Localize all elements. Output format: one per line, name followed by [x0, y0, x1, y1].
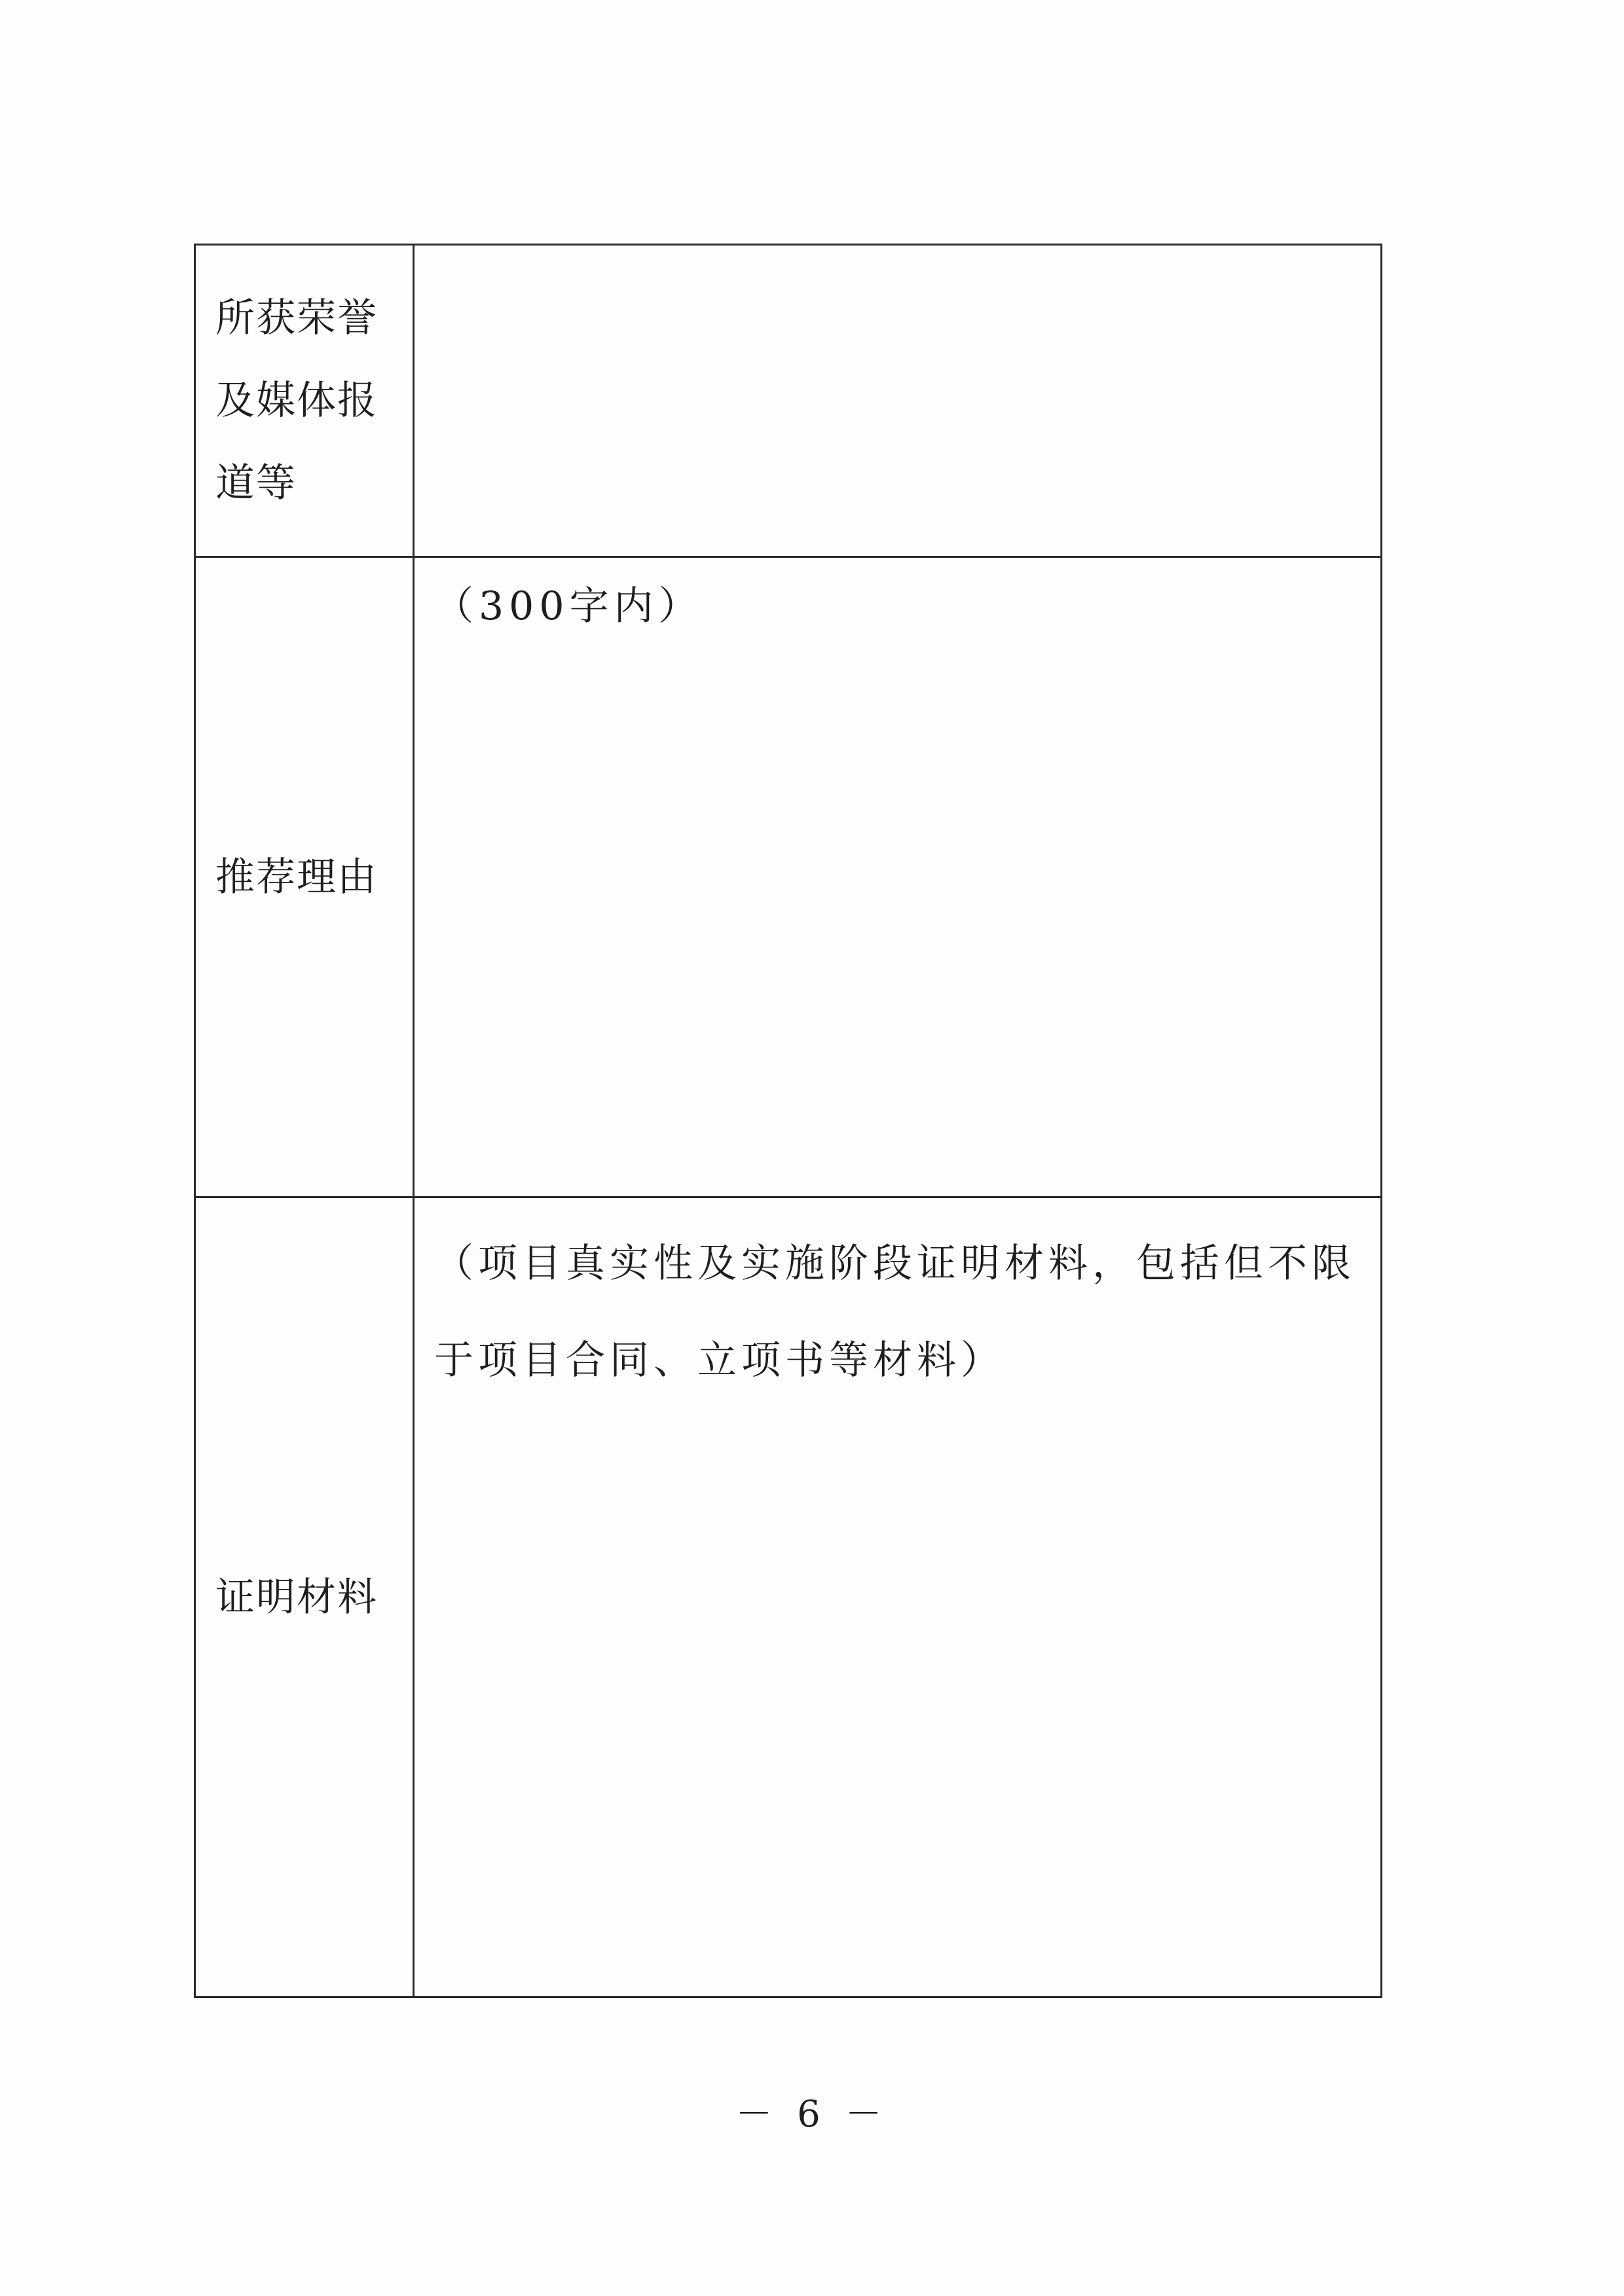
label-proof-materials: 证明材料: [195, 1197, 414, 1997]
label-honors-media: 所获荣誉 及媒体报 道等: [195, 245, 414, 557]
label-proof-materials-text: 证明材料: [215, 1575, 378, 1620]
nomination-form-table: 所获荣誉 及媒体报 道等 推荐理由 （300字内） 证明材料 （项目真实性及实施…: [194, 244, 1382, 1998]
row-proof-materials: 证明材料 （项目真实性及实施阶段证明材料，包括但不限于项目合同、立项书等材料）: [195, 1197, 1382, 1997]
row-recommendation-reason: 推荐理由 （300字内）: [195, 557, 1382, 1197]
word-limit-hint: （300字内）: [434, 558, 1367, 630]
field-recommendation-reason[interactable]: （300字内）: [414, 557, 1382, 1197]
label-line-3: 道等: [215, 442, 399, 524]
document-page: 所获荣誉 及媒体报 道等 推荐理由 （300字内） 证明材料 （项目真实性及实施…: [0, 0, 1624, 2296]
label-recommendation-reason: 推荐理由: [195, 557, 414, 1197]
proof-materials-hint: （项目真实性及实施阶段证明材料，包括但不限于项目合同、立项书等材料）: [434, 1184, 1367, 1409]
label-line-1: 所获荣誉: [215, 277, 399, 359]
row-honors-media: 所获荣誉 及媒体报 道等: [195, 245, 1382, 557]
page-number: － 6 －: [0, 2085, 1624, 2138]
field-honors-media[interactable]: [414, 245, 1382, 557]
field-proof-materials[interactable]: （项目真实性及实施阶段证明材料，包括但不限于项目合同、立项书等材料）: [414, 1197, 1382, 1997]
label-recommendation-reason-text: 推荐理由: [215, 854, 378, 900]
label-line-2: 及媒体报: [215, 359, 399, 442]
